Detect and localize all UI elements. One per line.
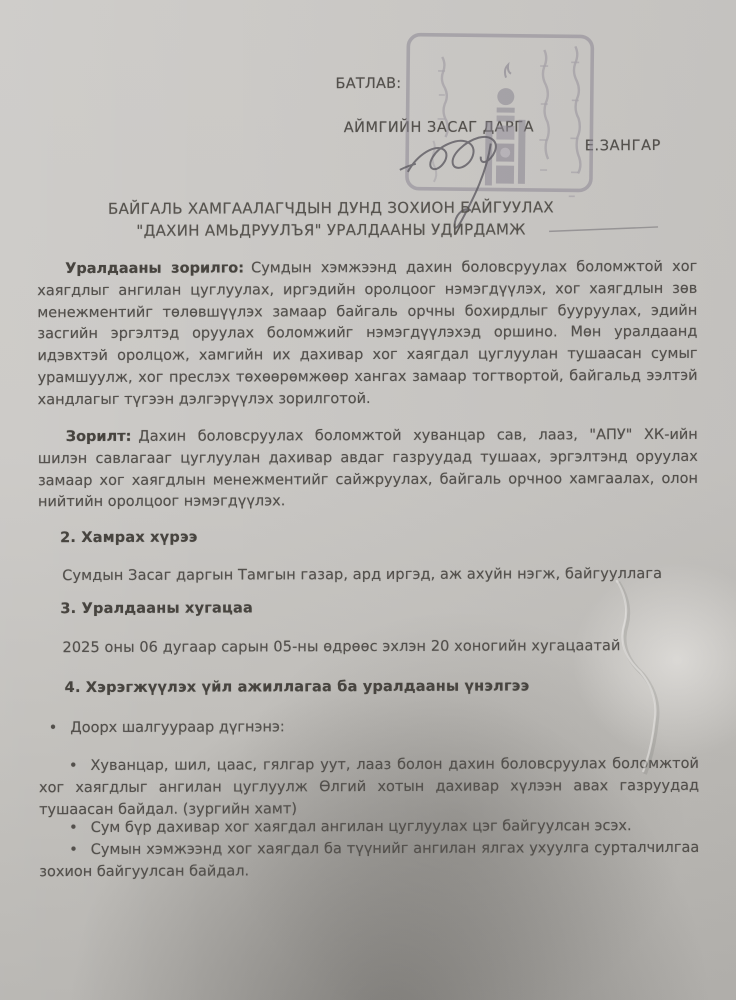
- paragraph-goal-body: Сумдын хэмжээнд дахин боловсруулах болом…: [37, 259, 697, 408]
- approval-label: БАТЛАВ:: [336, 76, 402, 92]
- bullet-3-text: Сум бүр дахивар хог хаягдал ангилан цугл…: [91, 818, 632, 836]
- document-photo: БАТЛАВ: АЙМГИЙН ЗАСАГ ДАРГА Е.ЗАНГАР: [0, 0, 736, 1000]
- bullet-4-text: Сумын хэмжээнд хог хаягдал ба түүнийг ан…: [39, 840, 699, 880]
- bullet-icon: •: [49, 720, 58, 736]
- section-3-heading: 3. Уралдааны хугацаа: [60, 600, 253, 617]
- bullet-icon: •: [69, 842, 78, 858]
- paragraph-objective-lead: Зорилт:: [66, 429, 132, 445]
- document-page: БАТЛАВ: АЙМГИЙН ЗАСАГ ДАРГА Е.ЗАНГАР: [0, 0, 736, 1000]
- stamp-emblem: [485, 64, 526, 185]
- document-title-line2: "ДАХИН АМЬДРУУЛЪЯ" УРАЛДААНЫ УДИРДАМЖ: [31, 218, 631, 242]
- paper-crease: [590, 554, 721, 824]
- section-2-body: Сумдын Засаг даргын Тамгын газар, ард ир…: [62, 566, 662, 584]
- paragraph-objective-body: Дахин боловсруулах боломжтой хуванцар са…: [38, 427, 698, 511]
- paragraph-goal-lead: Уралдааны зорилго:: [65, 260, 244, 277]
- section-2-heading: 2. Хамрах хүрээ: [60, 530, 197, 546]
- bullet-icon: •: [69, 758, 78, 774]
- bullet-icon: •: [69, 820, 78, 836]
- document-title: БАЙГАЛЬ ХАМГААЛАГЧДЫН ДУНД ЗОХИОН БАЙГУУ…: [31, 196, 631, 242]
- paragraph-goal: Уралдааны зорилго:Сумдын хэмжээнд дахин …: [37, 257, 698, 412]
- section-4-heading: 4. Хэрэгжүүлэх үйл ажиллагаа ба уралдаан…: [65, 678, 530, 696]
- document-title-line1: БАЙГАЛЬ ХАМГААЛАГЧДЫН ДУНД ЗОХИОН БАЙГУУ…: [31, 196, 631, 220]
- paragraph-objective: Зорилт:Дахин боловсруулах боломжтой хува…: [38, 425, 698, 514]
- bullet-item-4: •Сумын хэмжээнд хог хаягдал ба түүнийг а…: [39, 838, 699, 884]
- section-3-body: 2025 оны 06 дугаар сарын 05-ны өдрөөс эх…: [62, 638, 620, 656]
- bullet-1-text: Доорх шалгуураар дүгнэнэ:: [70, 719, 285, 736]
